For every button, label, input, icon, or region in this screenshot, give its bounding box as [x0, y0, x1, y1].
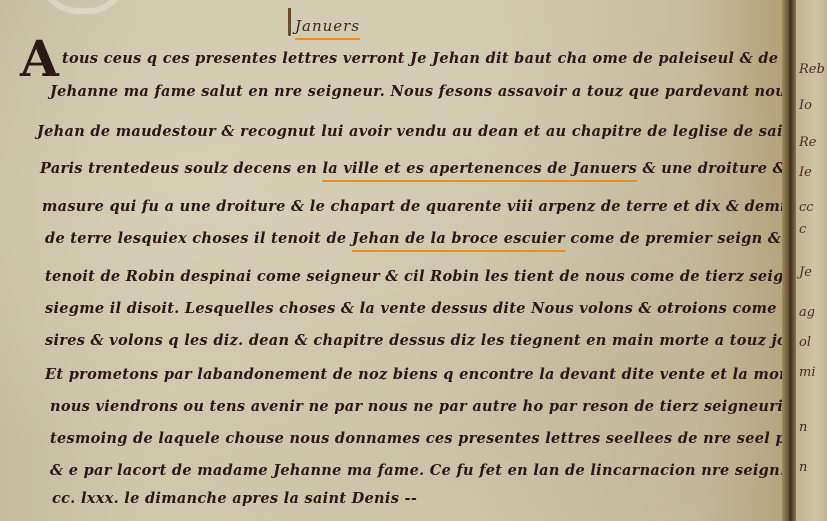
margin-word: mi [799, 365, 816, 380]
margin-word: n [799, 420, 807, 435]
margin-word: Je [799, 265, 812, 280]
line-4-prefix: Paris trentedeus soulz decens en [40, 160, 322, 177]
text-line-9: sires & volons q les diz. dean & chapitr… [45, 332, 814, 349]
text-line-7: tenoit de Robin despinai come seigneur &… [45, 268, 823, 285]
seal-ring [38, 0, 128, 14]
text-line-12: tesmoing de laquele chouse nous donnames… [50, 430, 827, 447]
line-6-prefix: de terre lesquiex choses il tenoit de [45, 230, 352, 247]
header-j-stroke [288, 8, 291, 36]
margin-word: Re [799, 135, 816, 150]
text-line-13: & e par lacort de madame Jehanne ma fame… [50, 462, 827, 479]
text-line-3: Jehan de maudestour & recognut lui avoir… [37, 123, 827, 140]
text-line-1: tous ceus q ces presentes lettres verron… [62, 50, 827, 67]
margin-word: Reb [799, 62, 825, 77]
header-word-highlight: Januers [295, 17, 360, 40]
margin-word: cc [799, 200, 814, 215]
margin-word: ol [799, 335, 811, 350]
margin-word: Ie [799, 165, 812, 180]
text-line-11: nous viendrons ou tens avenir ne par nou… [50, 398, 820, 415]
margin-word: c [799, 222, 806, 237]
text-line-5: masure qui fu a une droiture & le chapar… [42, 198, 827, 215]
text-line-2: Jehanne ma fame salut en nre seigneur. N… [50, 83, 827, 100]
highlight-jehan-de-la-broce: Jehan de la broce escuier [352, 230, 565, 252]
text-line-8: siegme il disoit. Lesquelles choses & la… [45, 300, 821, 317]
manuscript-page: Januers A tous ceus q ces presentes lett… [0, 0, 790, 521]
margin-word: ag [799, 305, 815, 320]
text-line-14: cc. lxxx. le dimanche apres la saint Den… [52, 490, 417, 507]
text-line-6: de terre lesquiex choses il tenoit de Je… [45, 230, 827, 247]
book-gutter [782, 0, 796, 521]
highlight-januers-place: la ville et es apertenences de Januers [322, 160, 637, 182]
facing-page-edge: Reb Io Re Ie cc c Je ag ol mi n n [796, 0, 827, 521]
text-line-4: Paris trentedeus soulz decens en la vill… [40, 160, 823, 177]
text-line-10: Et prometons par labandonement de noz bi… [45, 366, 827, 383]
margin-word: n [799, 460, 807, 475]
margin-word: Io [799, 98, 812, 113]
header-word: Januers [288, 8, 360, 36]
decorated-initial: A [20, 34, 59, 84]
